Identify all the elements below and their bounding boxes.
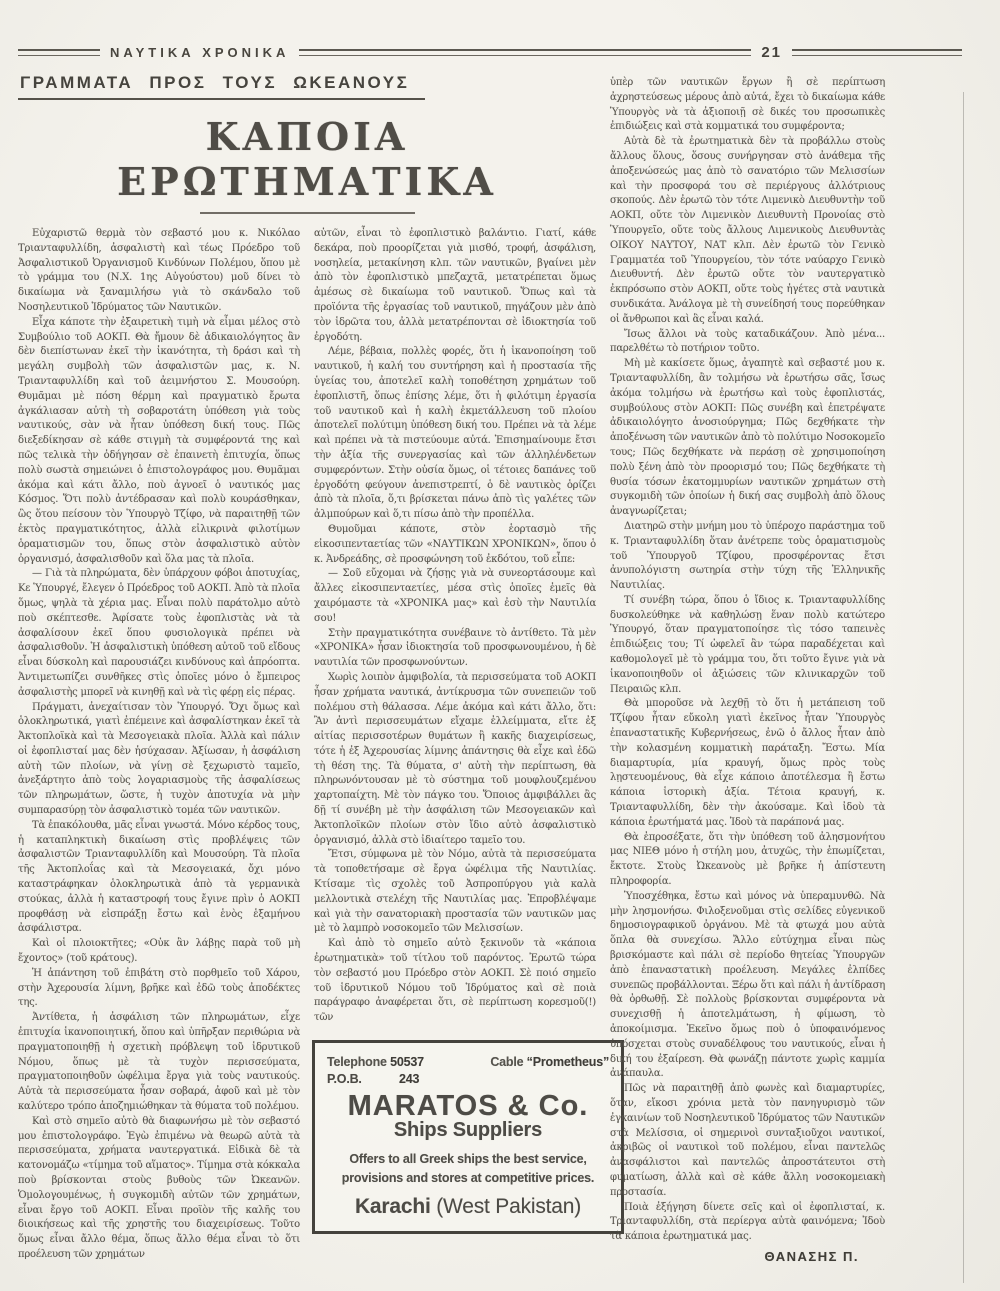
article-paragraph: Πῶς νὰ παραιτηθῇ ἀπὸ φωνὲς καὶ διαμαρτυρ… (610, 1082, 885, 1200)
maratos-ad: Telephone 50537 Cable “Prometheus” P.O.B… (312, 1040, 624, 1233)
article-paragraph: Πράγματι, ἀνεχαίτισαν τὸν Ὑπουργό. Ὄχι ὅ… (18, 701, 300, 819)
article-paragraph: Τὰ ἐπακόλουθα, μᾶς εἶναι γνωστά. Μόνο κέ… (18, 819, 300, 937)
author-signature: ΘΑΝΑΣΗΣ Π. (610, 1250, 885, 1265)
article-paragraph: Θυμοῦμαι κάποτε, στὸν ἑορτασμὸ τῆς εἰκοσ… (314, 523, 596, 567)
article-paragraph: Ἀντίθετα, ἡ ἀσφάλιση τῶν πληρωμάτων, εἶχ… (18, 1011, 300, 1115)
ad-telephone-label: Telephone (327, 1055, 387, 1069)
masthead-rule-left (18, 49, 100, 56)
ad-subtitle: Ships Suppliers (325, 1123, 611, 1138)
article-paragraph: αὐτῶν, εἶναι τὸ ἐφοπλιστικὸ βαλάντιο. Γι… (314, 227, 596, 345)
article-paragraph: Εὐχαριστῶ θερμὰ τὸν σεβαστό μου κ. Νικόλ… (18, 227, 300, 316)
article-paragraph: Καὶ ἀπὸ τὸ σημεῖο αὐτὸ ξεκινοῦν τὰ «κάπο… (314, 937, 596, 1026)
masthead-title: ΝΑΥΤΙΚΑ ΧΡΟΝΙΚΑ (110, 45, 289, 60)
columns-1-2: Εὐχαριστῶ θερμὰ τὸν σεβαστό μου κ. Νικόλ… (18, 227, 596, 1263)
article-paragraph: Αὐτὰ δὲ τὰ ἐρωτηματικὰ δὲν τὰ προβάλλω σ… (610, 135, 885, 327)
masthead-rule-mid (299, 49, 751, 56)
ad-location-country: (West Pakistan) (431, 1195, 581, 1218)
ad-cable-value: “Prometheus” (527, 1055, 609, 1069)
ad-pob-number: 243 (399, 1072, 419, 1086)
article-paragraph: Ἔτσι, σύμφωνα μὲ τὸν Νόμο, αὐτὰ τὰ περισ… (314, 848, 596, 937)
ad-location-city: Karachi (355, 1195, 431, 1218)
ad-location: Karachi (West Pakistan) (325, 1200, 611, 1215)
section-heading: ΓΡΑΜΜΑΤΑ ΠΡΟΣ ΤΟΥΣ ΩΚΕΑΝΟΥΣ (18, 73, 425, 100)
page-number: 21 (761, 44, 782, 61)
article-title: ΚΑΠΟΙΑ ΕΡΩΤΗΜΑΤΙΚΑ (18, 114, 596, 204)
ad-body-text: Offers to all Greek ships the best servi… (325, 1150, 611, 1188)
article-paragraph: Εἶχα κάποτε τὴν ἐξαιρετικὴ τιμὴ νὰ εἶμαι… (18, 316, 300, 568)
ad-telephone-number: 50537 (390, 1055, 424, 1069)
article-paragraph: — Γιὰ τὰ πληρώματα, δὲν ὑπάρχουν φόβοι ἀ… (18, 567, 300, 700)
article-paragraph: Διατηρῶ στὴν μνήμη μου τὸ ὑπέροχο παράστ… (610, 520, 885, 594)
ad-telephone: Telephone 50537 (327, 1055, 424, 1070)
article-paragraph: Λέμε, βέβαια, πολλὲς φορές, ὅτι ἡ ἱκανοπ… (314, 345, 596, 523)
column-2: αὐτῶν, εἶναι τὸ ἐφοπλιστικὸ βαλάντιο. Γι… (314, 227, 596, 1263)
article-paragraph: Τί συνέβη τώρα, ὅπου ὁ ἴδιος κ. Τριανταφ… (610, 594, 885, 698)
masthead: ΝΑΥΤΙΚΑ ΧΡΟΝΙΚΑ 21 (18, 0, 962, 61)
article-paragraph: Στὴν πραγματικότητα συνέβαινε τὸ ἀντίθετ… (314, 627, 596, 671)
article-paragraph: Ὑποσχέθηκα, ἔστω καὶ μόνος νὰ ὑπεραμυνθῶ… (610, 890, 885, 1082)
scan-edge-line (963, 92, 964, 1283)
column-3: ὑπὲρ τῶν ναυτικῶν ἔργων ἢ σὲ περίπτωση ἀ… (610, 73, 885, 1265)
ad-pob-label: P.O.B. (327, 1072, 362, 1086)
article-left-block: ΓΡΑΜΜΑΤΑ ΠΡΟΣ ΤΟΥΣ ΩΚΕΑΝΟΥΣ ΚΑΠΟΙΑ ΕΡΩΤΗ… (18, 73, 596, 1265)
article-paragraph: Χωρὶς λοιπὸν ἀμφιβολία, τὰ περισσεύματα … (314, 671, 596, 849)
article-paragraph: Καὶ οἱ πλοιοκτῆτες; «Οὐκ ἂν λάβῃς παρὰ τ… (18, 937, 300, 967)
article-paragraph: Καὶ στὸ σημεῖο αὐτὸ θὰ διαφωνήσω μὲ τὸν … (18, 1115, 300, 1263)
ad-company-name: MARATOS & Co. (325, 1099, 611, 1114)
ad-cable-label: Cable (490, 1055, 523, 1069)
content-area: ΓΡΑΜΜΑΤΑ ΠΡΟΣ ΤΟΥΣ ΩΚΕΑΝΟΥΣ ΚΑΠΟΙΑ ΕΡΩΤΗ… (18, 73, 1000, 1265)
article-paragraph: Ἴσως ἄλλοι νὰ τοὺς καταδικάζουν. Ἀπὸ μέν… (610, 328, 885, 358)
article-paragraph: — Σοῦ εὔχομαι νὰ ζήσῃς γιὰ νὰ συνεορτάσο… (314, 567, 596, 626)
ad-contact-row: Telephone 50537 Cable “Prometheus” (325, 1055, 611, 1070)
magazine-page: ΝΑΥΤΙΚΑ ΧΡΟΝΙΚΑ 21 ΓΡΑΜΜΑΤΑ ΠΡΟΣ ΤΟΥΣ ΩΚ… (0, 0, 1000, 1291)
article-paragraph: Μὴ μὲ κακίσετε ὅμως, ἀγαπητὲ καὶ σεβαστέ… (610, 357, 885, 520)
title-divider (200, 212, 415, 214)
ad-pob-row: P.O.B. 243 (325, 1072, 611, 1087)
article-paragraph: Θὰ ἐπροσέξατε, ὅτι τὴν ὑπόθεση τοῦ ἀλησμ… (610, 831, 885, 890)
article-paragraph: Ποιὰ ἐξήγηση δίνετε σεῖς καὶ οἱ ἐφοπλιστ… (610, 1201, 885, 1245)
article-paragraph: Ἡ ἀπάντηση τοῦ ἐπιβάτη στὸ πορθμεῖο τοῦ … (18, 967, 300, 1011)
column-1: Εὐχαριστῶ θερμὰ τὸν σεβαστό μου κ. Νικόλ… (18, 227, 300, 1263)
article-paragraph: ὑπὲρ τῶν ναυτικῶν ἔργων ἢ σὲ περίπτωση ἀ… (610, 76, 885, 135)
ad-cable: Cable “Prometheus” (490, 1055, 609, 1070)
section-heading-row: ΓΡΑΜΜΑΤΑ ΠΡΟΣ ΤΟΥΣ ΩΚΕΑΝΟΥΣ (18, 73, 596, 100)
masthead-rule-right (792, 49, 962, 56)
article-paragraph: Θὰ μποροῦσε νὰ λεχθῇ τὸ ὅτι ἡ μετάπειση … (610, 697, 885, 830)
